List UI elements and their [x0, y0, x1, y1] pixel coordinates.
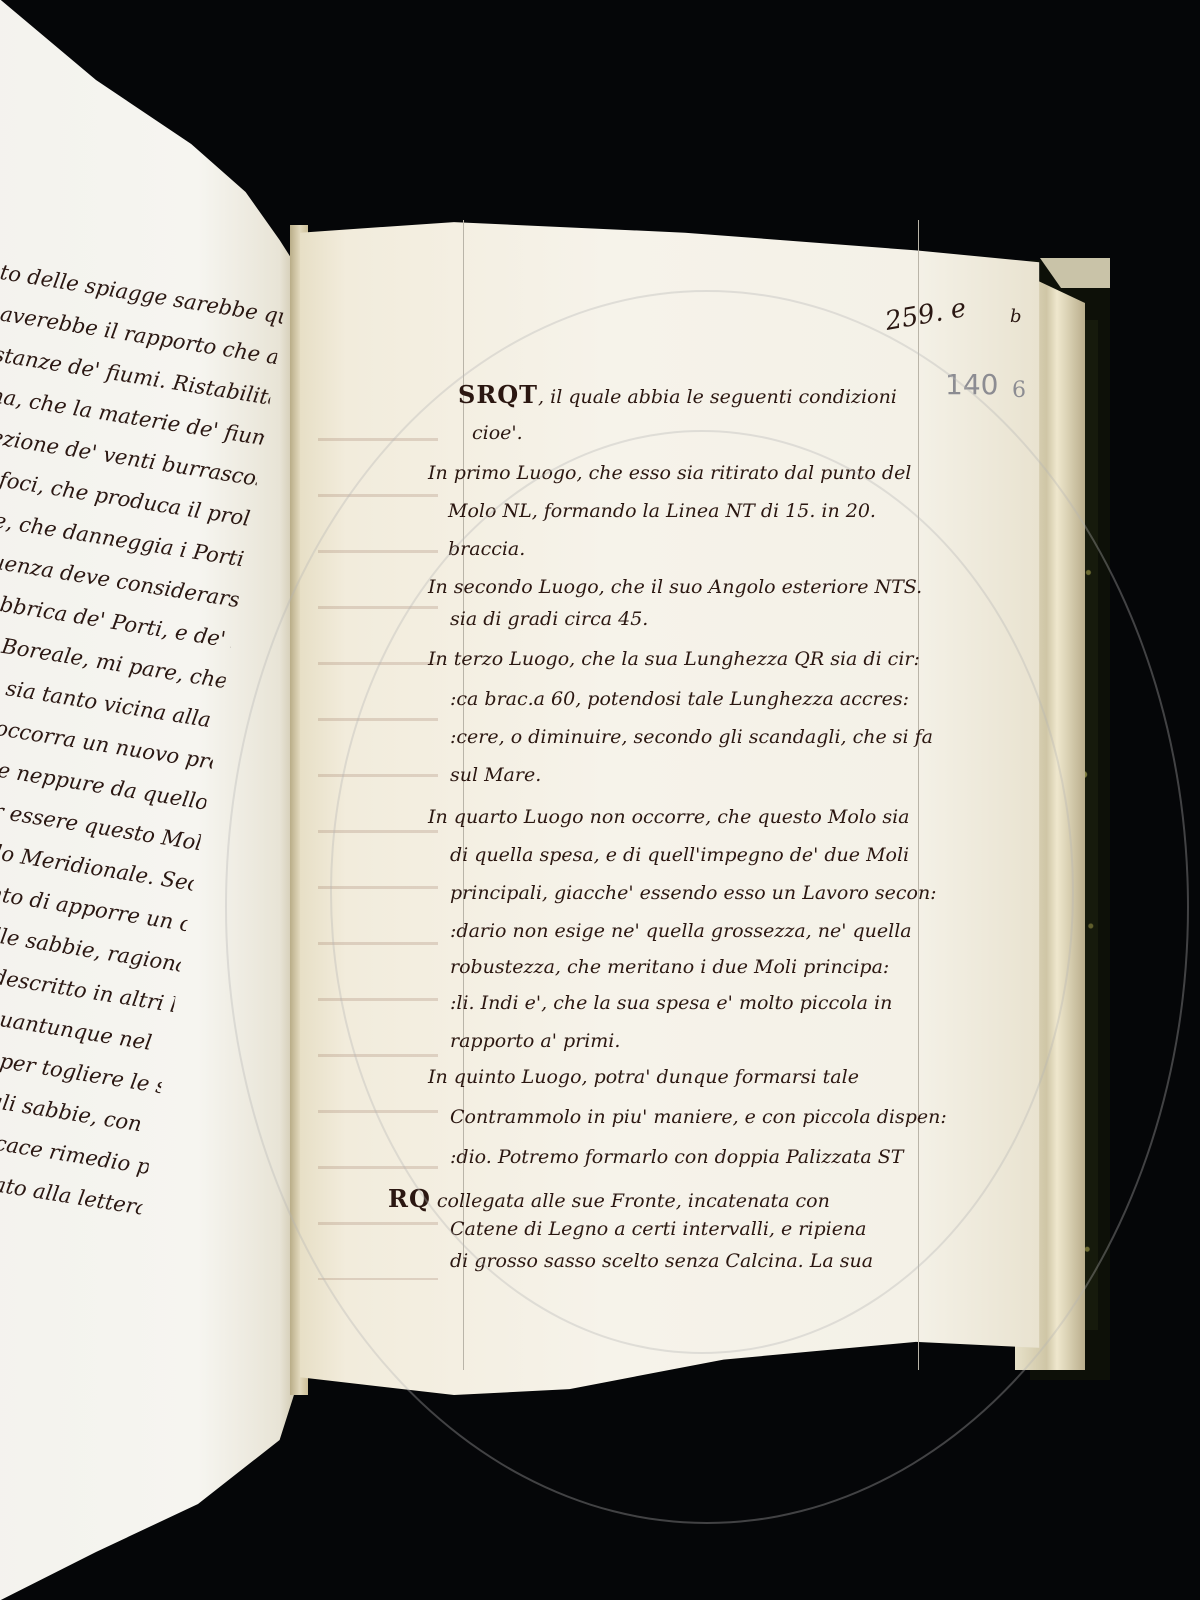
- pencil-foliation: 140: [945, 368, 998, 401]
- line-text: sul Mare.: [450, 764, 541, 786]
- line-text: :ca brac.a 60, potendosi tale Lunghezza …: [450, 688, 909, 710]
- manuscript-line: braccia.: [448, 538, 525, 560]
- manuscript-line: Contrammolo in piu' maniere, e con picco…: [450, 1106, 947, 1128]
- manuscript-line: SRQT, il quale abbia le seguenti condizi…: [458, 380, 897, 409]
- line-text: In secondo Luogo, che il suo Angolo este…: [428, 576, 922, 598]
- line-text: Contrammolo in piu' maniere, e con picco…: [450, 1106, 947, 1128]
- line-text: Catene di Legno a certi intervalli, e ri…: [450, 1218, 867, 1240]
- line-text: :dario non esige ne' quella grossezza, n…: [450, 920, 912, 942]
- manuscript-line: In primo Luogo, che esso sia ritirato da…: [428, 462, 911, 484]
- margin-rule-right: [918, 220, 919, 1370]
- manuscript-line: sia di gradi circa 45.: [450, 608, 648, 630]
- manuscript-line: di grosso sasso scelto senza Calcina. La…: [450, 1250, 873, 1272]
- line-text: Molo NL, formando la Linea NT di 15. in …: [448, 500, 876, 522]
- line-text: rapporto a' primi.: [450, 1030, 620, 1052]
- diagram-label: RQ: [388, 1184, 431, 1213]
- line-text: di quella spesa, e di quell'impegno de' …: [450, 844, 909, 866]
- manuscript-photo: nto delle spiagge sarebbe questin avereb…: [0, 0, 1200, 1600]
- line-text: collegata alle sue Fronte, incatenata co…: [431, 1190, 830, 1212]
- manuscript-line: In terzo Luogo, che la sua Lunghezza QR …: [428, 648, 920, 670]
- line-text: :li. Indi e', che la sua spesa e' molto …: [450, 992, 892, 1014]
- line-text: sia di gradi circa 45.: [450, 608, 648, 630]
- manuscript-line: :dio. Potremo formarlo con doppia Palizz…: [450, 1146, 903, 1168]
- line-text: :cere, o diminuire, secondo gli scandagl…: [450, 726, 933, 748]
- manuscript-line: di quella spesa, e di quell'impegno de' …: [450, 844, 909, 866]
- manuscript-line: principali, giacche' essendo esso un Lav…: [450, 882, 937, 904]
- line-text: In quarto Luogo non occorre, che questo …: [428, 806, 910, 828]
- manuscript-line: Catene di Legno a certi intervalli, e ri…: [450, 1218, 867, 1240]
- line-text: In primo Luogo, che esso sia ritirato da…: [428, 462, 911, 484]
- manuscript-line: In secondo Luogo, che il suo Angolo este…: [428, 576, 922, 598]
- manuscript-line: cioe'.: [472, 422, 523, 444]
- manuscript-line: rapporto a' primi.: [450, 1030, 620, 1052]
- corner-pencil-mark: 6: [1012, 378, 1026, 403]
- corner-ink-mark: b: [1010, 306, 1022, 327]
- line-text: , il quale abbia le seguenti condizioni: [538, 386, 897, 408]
- manuscript-line: :cere, o diminuire, secondo gli scandagl…: [450, 726, 933, 748]
- line-text: In terzo Luogo, che la sua Lunghezza QR …: [428, 648, 920, 670]
- manuscript-line: robustezza, che meritano i due Moli prin…: [450, 956, 889, 978]
- manuscript-line: In quarto Luogo non occorre, che questo …: [428, 806, 910, 828]
- manuscript-line: :li. Indi e', che la sua spesa e' molto …: [450, 992, 892, 1014]
- manuscript-line: In quinto Luogo, potra' dunque formarsi …: [428, 1066, 859, 1088]
- line-text: :dio. Potremo formarlo con doppia Palizz…: [450, 1146, 903, 1168]
- line-text: robustezza, che meritano i due Moli prin…: [450, 956, 889, 978]
- diagram-label: SRQT: [458, 380, 538, 409]
- line-text: di grosso sasso scelto senza Calcina. La…: [450, 1250, 873, 1272]
- line-text: In quinto Luogo, potra' dunque formarsi …: [428, 1066, 859, 1088]
- manuscript-line: :ca brac.a 60, potendosi tale Lunghezza …: [450, 688, 909, 710]
- line-text: principali, giacche' essendo esso un Lav…: [450, 882, 937, 904]
- manuscript-line: :dario non esige ne' quella grossezza, n…: [450, 920, 912, 942]
- manuscript-line: sul Mare.: [450, 764, 541, 786]
- line-text: cioe'.: [472, 422, 523, 444]
- manuscript-line: RQ collegata alle sue Fronte, incatenata…: [388, 1184, 830, 1213]
- bleed-through-ink: [318, 410, 438, 1280]
- line-text: braccia.: [448, 538, 525, 560]
- manuscript-line: Molo NL, formando la Linea NT di 15. in …: [448, 500, 876, 522]
